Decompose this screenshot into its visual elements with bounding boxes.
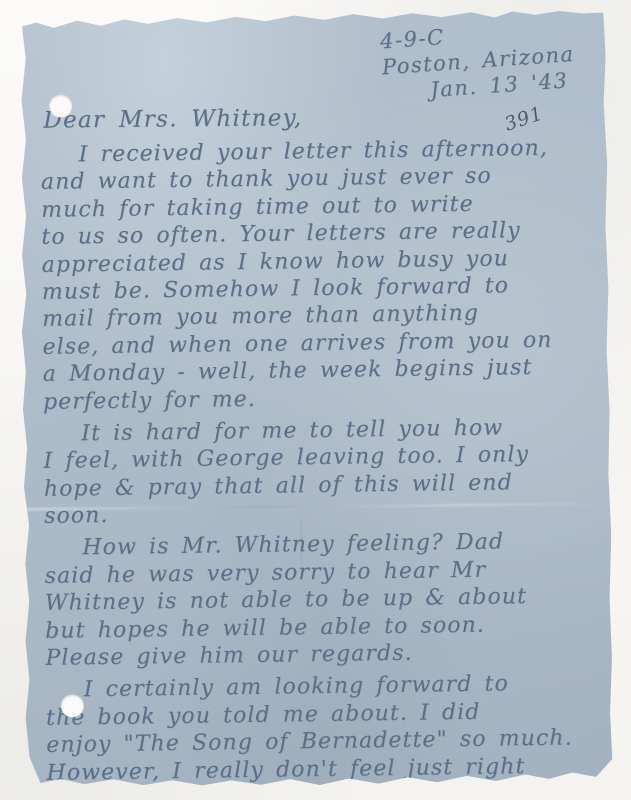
scanned-letter: 4-9-C Poston, Arizona Jan. 13 '43 391 De… — [0, 0, 631, 800]
letter-body: I received your letter this afternoon, a… — [40, 131, 605, 786]
salutation: Dear Mrs. Whitney, — [43, 105, 302, 133]
letter-paper: 4-9-C Poston, Arizona Jan. 13 '43 391 De… — [18, 10, 613, 788]
hole-punch-bottom — [61, 694, 84, 717]
page-number: 391 — [502, 102, 546, 135]
hole-punch-top — [49, 94, 72, 117]
letter-header: 4-9-C Poston, Arizona Jan. 13 '43 — [379, 14, 583, 106]
